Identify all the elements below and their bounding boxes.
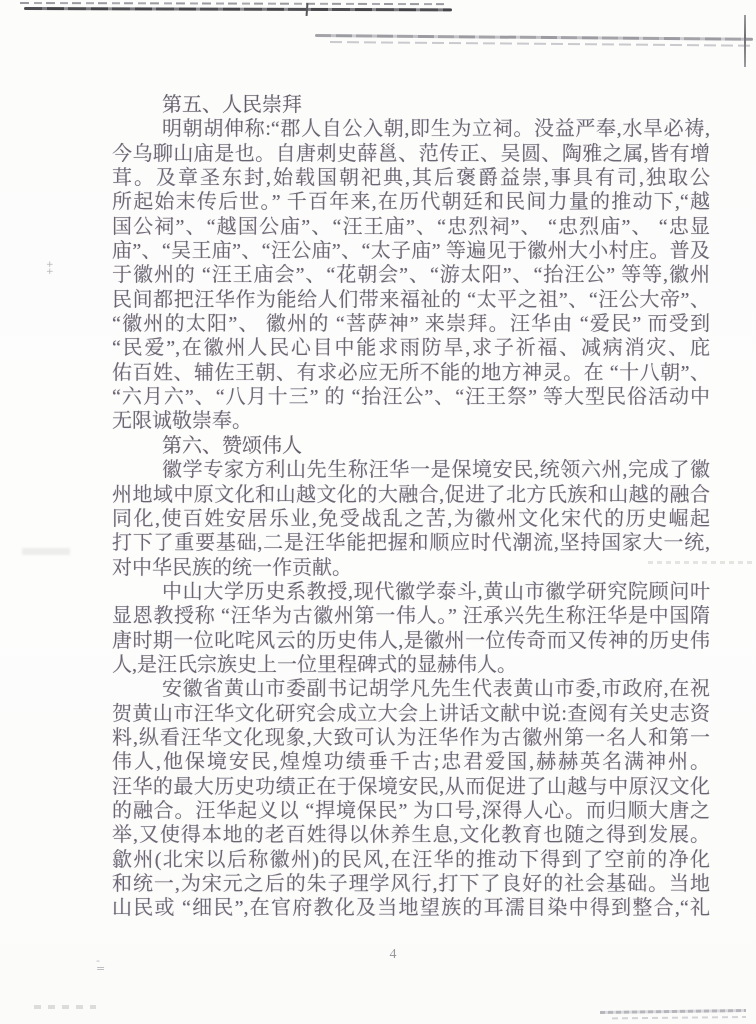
scan-tick-mark	[306, 3, 309, 16]
text-line: 伟人,他保境安民,煌煌功绩垂千古;忠君爱国,赫赫英名满神州。	[112, 750, 710, 774]
text-line: 显恩教授称 “汪华为古徽州第一伟人。” 汪承兴先生称汪华是中国隋	[112, 604, 710, 628]
text-line: 庙”、“吴王庙”、“汪公庙”、“太子庙” 等遍见于徽州大小村庄。普及	[112, 239, 710, 263]
text-line: 汪华的最大历史功绩正在于保境安民,从而促进了山越与中原汉文化	[112, 775, 710, 799]
text-line: “徽州的太阳”、 徽州的 “菩萨神” 来崇拜。汪华由 “爱民” 而受到	[112, 312, 710, 336]
text-line: 茸。及章圣东封,始载国朝祀典,其后褒爵益崇,事具有司,独取公	[112, 166, 710, 190]
text-line: 对中华民族的统一作贡献。	[112, 556, 710, 580]
text-line: “六月六”、“八月十三” 的 “抬汪公”、“汪王祭” 等大型民俗活动中	[112, 385, 710, 409]
section-heading: 第六、赞颂伟人	[112, 434, 710, 458]
text-line: 国公祠”、“越国公庙”、“汪王庙”、“忠烈祠”、 “忠烈庙”、 “忠显	[112, 215, 710, 239]
scan-margin-specks: + +	[46, 262, 62, 276]
scan-scratch-line-top	[20, 2, 444, 5]
scan-hatch-bottom-right-echo	[612, 1016, 746, 1019]
text-line: 同化,使百姓安居乐业,免受战乱之苦,为徽州文化宋代的历史崛起	[112, 507, 710, 531]
page-number: 4	[378, 947, 408, 963]
text-line: 山民或 “细民”,在官府教化及当地望族的耳濡目染中得到整合,“礼	[112, 896, 710, 920]
document-body: 第五、人民崇拜 明朝胡伸称:“郡人自公入朝,即生为立祠。没益严奉,水旱必祷, 今…	[112, 93, 710, 921]
text-line: 的融合。汪华起义以 “捍境保民” 为口号,深得人心。而归顺大唐之	[112, 799, 710, 823]
scan-footer-marks: - =	[96, 957, 154, 965]
text-line: 徽学专家方利山先生称汪华一是保境安民,统领六州,完成了徽	[112, 458, 710, 482]
text-line: “民爱”,在徽州人民心目中能求雨防旱,求子祈福、减病消灾、庇	[112, 336, 710, 360]
text-line: 中山大学历史系教授,现代徽学泰斗,黄山市徽学研究院顾问叶	[112, 580, 710, 604]
text-line: 无限诚敬崇奉。	[112, 409, 710, 433]
text-line: 安徽省黄山市委副书记胡学凡先生代表黄山市委,市政府,在祝	[112, 677, 710, 701]
text-line: 所起始末传后世。” 千百年来,在历代朝廷和民间力量的推动下,“越	[112, 190, 710, 214]
text-line: 举,又使得本地的老百姓得以休养生息,文化教育也随之得到发展。	[112, 823, 710, 847]
scan-scratch-line-top-dark	[24, 7, 452, 11]
text-line: 贺黄山市汪华文化研究会成立大会上讲话文献中说:查阅有关史志资	[112, 702, 710, 726]
section-heading: 第五、人民崇拜	[112, 93, 710, 117]
scan-dashes-bottom-left	[34, 1005, 96, 1009]
text-line: 佑百姓、辅佐王朝、有求必应无所不能的地方神灵。在 “十八朝”、	[112, 361, 710, 385]
scanned-page: - = + + 第五、人民崇拜 明朝胡伸称:“郡人自公入朝,即生为立祠。没益严奉…	[0, 0, 756, 1024]
scan-edge-tick	[744, 15, 746, 67]
scan-streak-right-echo	[330, 41, 754, 47]
text-line: 打下了重要基础,二是汪华能把握和顺应时代潮流,坚持国家大一统,	[112, 531, 710, 555]
text-line: 州地域中原文化和山越文化的大融合,促进了北方氏族和山越的融合	[112, 483, 710, 507]
scan-streak-right	[315, 34, 753, 41]
text-line: 和统一,为宋元之后的朱子理学风行,打下了良好的社会基础。当地	[112, 872, 710, 896]
scan-faint-band-left	[22, 548, 70, 555]
text-line: 歙州(北宋以后称徽州)的民风,在汪华的推动下得到了空前的净化	[112, 848, 710, 872]
text-line: 料,纵看汪华文化现象,大致可认为汪华作为古徽州第一名人和第一	[112, 726, 710, 750]
text-line: 民间都把汪华作为能给人们带来福祉的 “太平之祖”、“汪公大帝”、	[112, 288, 710, 312]
text-line: 唐时期一位叱咤风云的历史伟人,是徽州一位传奇而又传神的历史伟	[112, 629, 710, 653]
text-line: 明朝胡伸称:“郡人自公入朝,即生为立祠。没益严奉,水旱必祷,	[112, 117, 710, 141]
text-line: 今乌聊山庙是也。自唐刺史薛邕、范传正、吴圆、陶雅之属,皆有增	[112, 142, 710, 166]
text-line: 于徽州的 “汪王庙会”、“花朝会”、“游太阳”、“抬汪公” 等等,徽州	[112, 263, 710, 287]
scan-hatch-bottom-right	[600, 1009, 746, 1014]
text-line: 人,是汪氏宗族史上一位里程碑式的显赫伟人。	[112, 653, 710, 677]
